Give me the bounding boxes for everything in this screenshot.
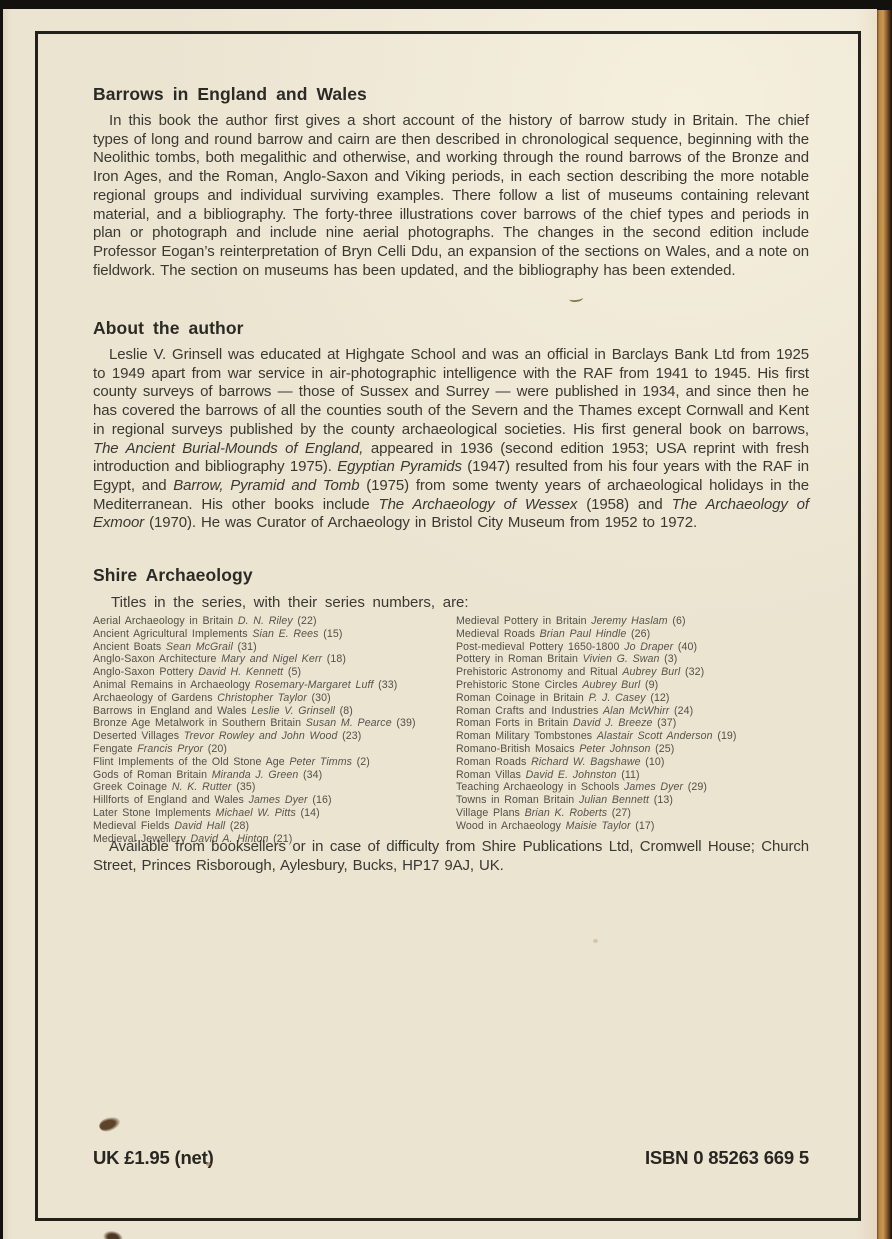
series-item-title: Roman Crafts and Industries bbox=[456, 705, 603, 717]
series-item-number: (34) bbox=[298, 769, 322, 781]
series-item: Barrows in England and Wales Leslie V. G… bbox=[93, 705, 446, 718]
series-item: Aerial Archaeology in Britain D. N. Rile… bbox=[93, 615, 446, 628]
series-item: Village Plans Brian K. Roberts (27) bbox=[456, 807, 809, 820]
series-item-title: Fengate bbox=[93, 743, 137, 755]
series-item-author: Brian Paul Hindle bbox=[540, 628, 627, 640]
series-item-title: Ancient Agricultural Implements bbox=[93, 628, 252, 640]
book-title-heading: Barrows in England and Wales bbox=[93, 84, 809, 105]
series-item-title: Anglo-Saxon Pottery bbox=[93, 666, 198, 678]
series-item-number: (27) bbox=[607, 807, 631, 819]
series-item-title: Later Stone Implements bbox=[93, 807, 216, 819]
about-author-paragraph: Leslie V. Grinsell was educated at Highg… bbox=[93, 346, 809, 533]
series-item-author: David J. Breeze bbox=[573, 717, 652, 729]
series-item-author: David E. Johnston bbox=[526, 769, 617, 781]
series-item-author: Maisie Taylor bbox=[566, 820, 631, 832]
series-item-title: Roman Military Tombstones bbox=[456, 730, 597, 742]
series-item: Animal Remains in Archaeology Rosemary-M… bbox=[93, 679, 446, 692]
series-item-number: (10) bbox=[641, 756, 665, 768]
series-item-author: Mary and Nigel Kerr bbox=[221, 653, 322, 665]
series-item-author: James Dyer bbox=[624, 781, 683, 793]
series-item: Roman Crafts and Industries Alan McWhirr… bbox=[456, 705, 809, 718]
series-columns: Aerial Archaeology in Britain D. N. Rile… bbox=[93, 615, 809, 845]
series-item-title: Prehistoric Stone Circles bbox=[456, 679, 582, 691]
series-item: Roman Villas David E. Johnston (11) bbox=[456, 769, 809, 782]
series-item-number: (22) bbox=[293, 615, 317, 627]
series-item-title: Greek Coinage bbox=[93, 781, 172, 793]
series-item-number: (26) bbox=[626, 628, 650, 640]
series-item-title: Deserted Villages bbox=[93, 730, 184, 742]
series-item-author: Miranda J. Green bbox=[212, 769, 299, 781]
series-item-author: Sean McGrail bbox=[166, 641, 233, 653]
section-availability: Available from booksellers or in case of… bbox=[93, 838, 809, 875]
series-item: Archaeology of Gardens Christopher Taylo… bbox=[93, 692, 446, 705]
section-book-blurb: Barrows in England and Wales In this boo… bbox=[93, 84, 809, 280]
series-item-title: Roman Villas bbox=[456, 769, 526, 781]
book-title-italic: The Archaeology of Wessex bbox=[379, 496, 578, 513]
series-item-author: David H. Kennett bbox=[198, 666, 283, 678]
series-item-number: (14) bbox=[296, 807, 320, 819]
series-item: Prehistoric Stone Circles Aubrey Burl (9… bbox=[456, 679, 809, 692]
cover-paper: Barrows in England and Wales In this boo… bbox=[3, 9, 877, 1239]
series-item-author: Jeremy Haslam bbox=[591, 615, 667, 627]
series-item-number: (18) bbox=[322, 653, 346, 665]
series-item-author: Christopher Taylor bbox=[217, 692, 307, 704]
about-author-heading: About the author bbox=[93, 318, 809, 339]
book-title-italic: Barrow, Pyramid and Tomb bbox=[173, 477, 359, 494]
series-item-title: Hillforts of England and Wales bbox=[93, 794, 249, 806]
series-item-number: (20) bbox=[203, 743, 227, 755]
series-item-title: Prehistoric Astronomy and Ritual bbox=[456, 666, 622, 678]
series-item: Roman Forts in Britain David J. Breeze (… bbox=[456, 717, 809, 730]
book-page-edge bbox=[876, 10, 892, 1239]
series-item-number: (35) bbox=[232, 781, 256, 793]
series-item-number: (31) bbox=[233, 641, 257, 653]
series-item: Ancient Agricultural Implements Sian E. … bbox=[93, 628, 446, 641]
series-item-title: Pottery in Roman Britain bbox=[456, 653, 583, 665]
series-item-title: Romano-British Mosaics bbox=[456, 743, 579, 755]
series-item: Wood in Archaeology Maisie Taylor (17) bbox=[456, 820, 809, 833]
series-item-author: Sian E. Rees bbox=[252, 628, 318, 640]
series-intro-line: Titles in the series, with their series … bbox=[93, 593, 809, 612]
isbn-label: ISBN 0 85263 669 5 bbox=[645, 1147, 809, 1169]
series-item: Roman Roads Richard W. Bagshawe (10) bbox=[456, 756, 809, 769]
series-item: Romano-British Mosaics Peter Johnson (25… bbox=[456, 743, 809, 756]
series-item: Fengate Francis Pryor (20) bbox=[93, 743, 446, 756]
series-item-number: (37) bbox=[653, 717, 677, 729]
series-item: Gods of Roman Britain Miranda J. Green (… bbox=[93, 769, 446, 782]
series-item: Medieval Roads Brian Paul Hindle (26) bbox=[456, 628, 809, 641]
series-item: Medieval Fields David Hall (28) bbox=[93, 820, 446, 833]
series-item: Pottery in Roman Britain Vivien G. Swan … bbox=[456, 653, 809, 666]
series-item-author: Leslie V. Grinsell bbox=[251, 705, 335, 717]
series-item-author: Rosemary-Margaret Luff bbox=[255, 679, 374, 691]
series-item-author: P. J. Casey bbox=[589, 692, 646, 704]
series-item-number: (6) bbox=[668, 615, 686, 627]
section-series-list: Shire Archaeology Titles in the series, … bbox=[93, 565, 809, 845]
series-item-number: (16) bbox=[308, 794, 332, 806]
availability-paragraph: Available from booksellers or in case of… bbox=[93, 838, 809, 875]
series-item-author: Julian Bennett bbox=[579, 794, 649, 806]
series-item: Deserted Villages Trevor Rowley and John… bbox=[93, 730, 446, 743]
series-item: Medieval Pottery in Britain Jeremy Hasla… bbox=[456, 615, 809, 628]
paper-stain bbox=[97, 1114, 122, 1134]
series-item-number: (3) bbox=[660, 653, 678, 665]
series-item-author: Vivien G. Swan bbox=[583, 653, 660, 665]
series-item-title: Village Plans bbox=[456, 807, 525, 819]
series-item-title: Wood in Archaeology bbox=[456, 820, 566, 832]
series-item-author: Aubrey Burl bbox=[622, 666, 680, 678]
series-item-number: (28) bbox=[225, 820, 249, 832]
series-item-title: Roman Coinage in Britain bbox=[456, 692, 589, 704]
text-run: (1970). He was Curator of Archaeology in… bbox=[144, 514, 697, 531]
series-item-title: Animal Remains in Archaeology bbox=[93, 679, 255, 691]
series-heading: Shire Archaeology bbox=[93, 565, 809, 586]
book-back-cover: Barrows in England and Wales In this boo… bbox=[0, 0, 892, 1239]
series-item: Anglo-Saxon Pottery David H. Kennett (5) bbox=[93, 666, 446, 679]
series-item-title: Ancient Boats bbox=[93, 641, 166, 653]
paper-speck bbox=[206, 1162, 211, 1166]
series-item-number: (12) bbox=[646, 692, 670, 704]
series-item-number: (32) bbox=[680, 666, 704, 678]
series-item-number: (8) bbox=[335, 705, 353, 717]
series-item-title: Medieval Pottery in Britain bbox=[456, 615, 591, 627]
series-item-author: Aubrey Burl bbox=[582, 679, 640, 691]
bottom-row: UK £1.95 (net) ISBN 0 85263 669 5 bbox=[93, 1147, 809, 1169]
cover-content: Barrows in England and Wales In this boo… bbox=[3, 9, 876, 1239]
series-item-author: Alan McWhirr bbox=[603, 705, 669, 717]
book-title-italic: Egyptian Pyramids bbox=[337, 458, 462, 475]
series-item-author: Susan M. Pearce bbox=[306, 717, 392, 729]
series-item-number: (9) bbox=[640, 679, 658, 691]
series-item-author: Brian K. Roberts bbox=[525, 807, 608, 819]
paper-speck bbox=[593, 939, 598, 943]
series-item-author: James Dyer bbox=[249, 794, 308, 806]
series-item-number: (23) bbox=[338, 730, 362, 742]
series-item-title: Medieval Fields bbox=[93, 820, 174, 832]
series-item: Roman Coinage in Britain P. J. Casey (12… bbox=[456, 692, 809, 705]
series-item-title: Roman Forts in Britain bbox=[456, 717, 573, 729]
series-item: Hillforts of England and Wales James Dye… bbox=[93, 794, 446, 807]
paper-stain bbox=[102, 1229, 124, 1239]
series-item-author: Peter Timms bbox=[289, 756, 352, 768]
series-item-author: Peter Johnson bbox=[579, 743, 650, 755]
book-title-italic: The Ancient Burial-Mounds of England, bbox=[93, 440, 363, 457]
series-item-author: Francis Pryor bbox=[137, 743, 203, 755]
series-item-number: (19) bbox=[713, 730, 737, 742]
series-item: Roman Military Tombstones Alastair Scott… bbox=[456, 730, 809, 743]
pen-squiggle-mark bbox=[569, 294, 584, 302]
series-column-left: Aerial Archaeology in Britain D. N. Rile… bbox=[93, 615, 446, 845]
series-item-author: Trevor Rowley and John Wood bbox=[184, 730, 338, 742]
series-item-title: Gods of Roman Britain bbox=[93, 769, 212, 781]
series-item-title: Bronze Age Metalwork in Southern Britain bbox=[93, 717, 306, 729]
series-item: Later Stone Implements Michael W. Pitts … bbox=[93, 807, 446, 820]
series-item: Post-medieval Pottery 1650-1800 Jo Drape… bbox=[456, 641, 809, 654]
series-item-author: Michael W. Pitts bbox=[216, 807, 296, 819]
series-item: Greek Coinage N. K. Rutter (35) bbox=[93, 781, 446, 794]
series-item: Teaching Archaeology in Schools James Dy… bbox=[456, 781, 809, 794]
series-item-title: Anglo-Saxon Architecture bbox=[93, 653, 221, 665]
series-item: Anglo-Saxon Architecture Mary and Nigel … bbox=[93, 653, 446, 666]
series-item-number: (11) bbox=[617, 769, 640, 781]
series-item: Bronze Age Metalwork in Southern Britain… bbox=[93, 717, 446, 730]
series-item-number: (25) bbox=[650, 743, 674, 755]
text-run: Leslie V. Grinsell was educated at Highg… bbox=[93, 346, 809, 438]
series-item-number: (13) bbox=[649, 794, 673, 806]
series-item-author: D. N. Riley bbox=[238, 615, 293, 627]
series-item-title: Post-medieval Pottery 1650-1800 bbox=[456, 641, 624, 653]
series-item-author: N. K. Rutter bbox=[172, 781, 232, 793]
series-item-title: Medieval Roads bbox=[456, 628, 540, 640]
series-item-author: Jo Draper bbox=[624, 641, 673, 653]
price-label: UK £1.95 (net) bbox=[93, 1147, 214, 1169]
text-run: (1958) and bbox=[577, 496, 671, 513]
book-blurb-paragraph: In this book the author first gives a sh… bbox=[93, 112, 809, 280]
section-about-author: About the author Leslie V. Grinsell was … bbox=[93, 318, 809, 533]
series-item-number: (40) bbox=[673, 641, 697, 653]
series-item-title: Archaeology of Gardens bbox=[93, 692, 217, 704]
series-item-number: (15) bbox=[319, 628, 343, 640]
series-item-author: David Hall bbox=[174, 820, 225, 832]
series-item-number: (39) bbox=[392, 717, 416, 729]
series-item-title: Towns in Roman Britain bbox=[456, 794, 579, 806]
series-item-author: Alastair Scott Anderson bbox=[597, 730, 713, 742]
series-item-author: Richard W. Bagshawe bbox=[531, 756, 641, 768]
series-item-title: Barrows in England and Wales bbox=[93, 705, 251, 717]
series-item-title: Flint Implements of the Old Stone Age bbox=[93, 756, 289, 768]
series-column-right: Medieval Pottery in Britain Jeremy Hasla… bbox=[456, 615, 809, 845]
series-item-number: (30) bbox=[307, 692, 331, 704]
series-item-title: Aerial Archaeology in Britain bbox=[93, 615, 238, 627]
series-item: Ancient Boats Sean McGrail (31) bbox=[93, 641, 446, 654]
series-item-number: (29) bbox=[683, 781, 707, 793]
series-item-number: (17) bbox=[631, 820, 655, 832]
series-item-number: (24) bbox=[669, 705, 693, 717]
series-item-title: Teaching Archaeology in Schools bbox=[456, 781, 624, 793]
series-item-title: Roman Roads bbox=[456, 756, 531, 768]
series-item: Flint Implements of the Old Stone Age Pe… bbox=[93, 756, 446, 769]
series-item-number: (2) bbox=[352, 756, 370, 768]
series-item-number: (33) bbox=[374, 679, 398, 691]
series-item: Towns in Roman Britain Julian Bennett (1… bbox=[456, 794, 809, 807]
series-item: Prehistoric Astronomy and Ritual Aubrey … bbox=[456, 666, 809, 679]
series-item-number: (5) bbox=[283, 666, 301, 678]
